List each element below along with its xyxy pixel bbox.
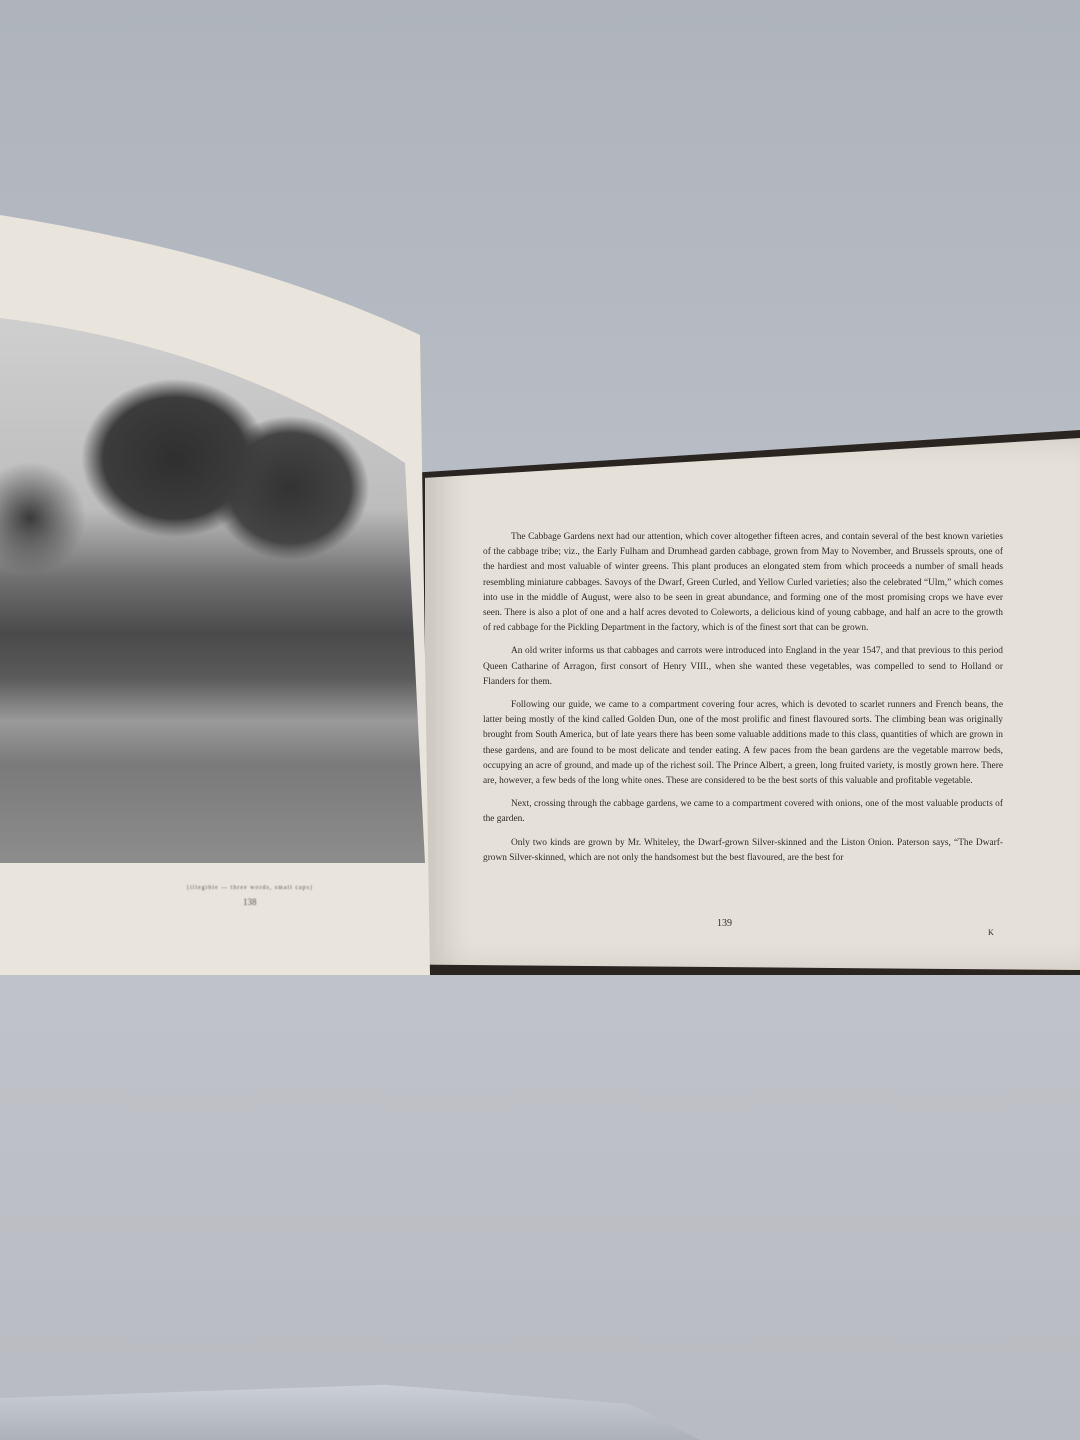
plate-caption: [illegible — three words, small caps] xyxy=(150,885,350,891)
photo-scene: The Cabbage Gardens next had our attenti… xyxy=(0,0,1080,1440)
page-number-right: 139 xyxy=(717,918,732,929)
paragraph: Following our guide, we came to a compar… xyxy=(483,698,1003,789)
paragraph: Next, crossing through the cabbage garde… xyxy=(483,797,1003,827)
page-number-left: 138 xyxy=(243,897,257,907)
paragraph: The Cabbage Gardens next had our attenti… xyxy=(483,530,1003,636)
signature-mark: K xyxy=(988,928,994,937)
plastic-wrap xyxy=(0,1380,700,1440)
paragraph: An old writer informs us that cabbages a… xyxy=(483,644,1003,690)
paragraph: Only two kinds are grown by Mr. Whiteley… xyxy=(483,836,1003,866)
right-page-text: The Cabbage Gardens next had our attenti… xyxy=(483,530,1003,874)
